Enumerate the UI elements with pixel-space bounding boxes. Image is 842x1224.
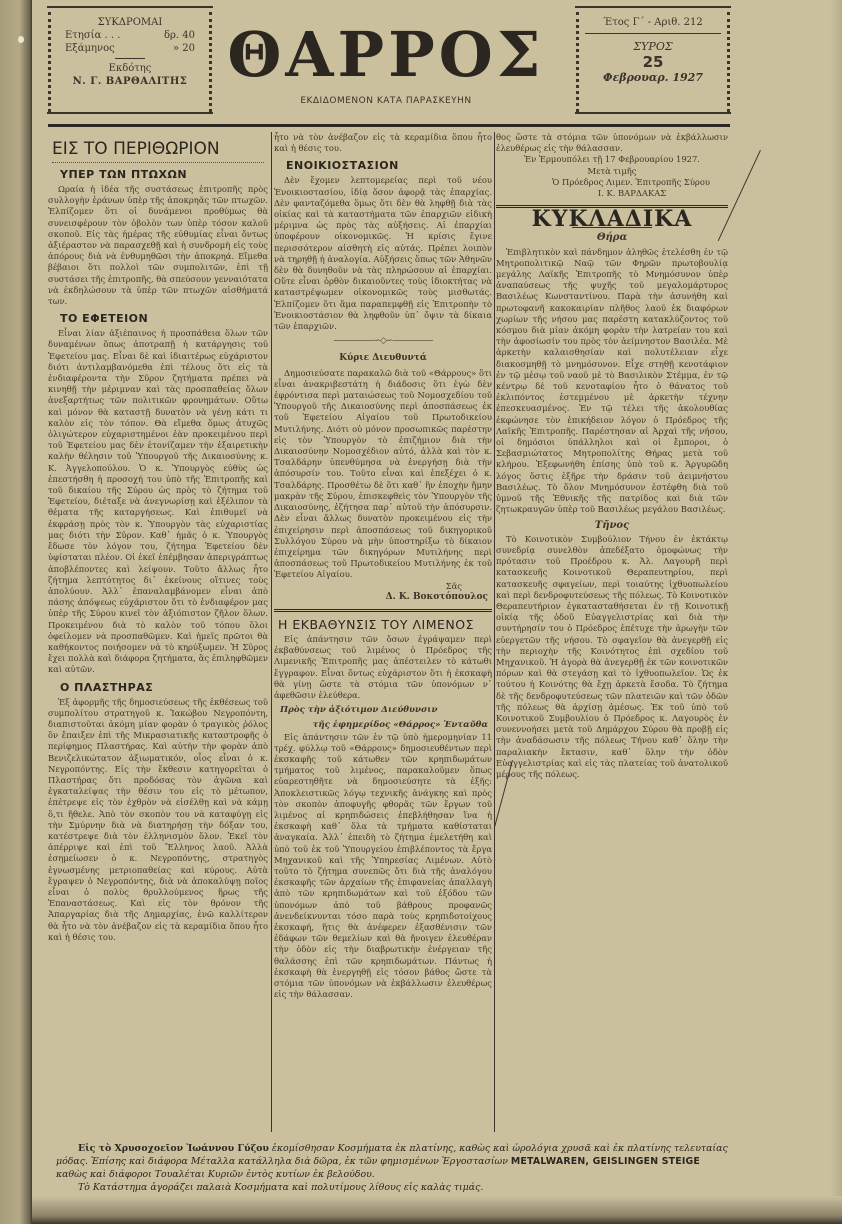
article-title: Η ΕΚΒΑΘΥΝΣΙΣ ΤΟΥ ΛΙΜΕΝΟΣ — [278, 618, 492, 632]
ad-text: καθὼς καὶ διάφοροι Τουαλέται Κυριῶν ἐντὸ… — [56, 1169, 375, 1180]
subscription-row: Ετησία . . . δρ. 40 — [57, 29, 203, 42]
section-heading: ΚΥΚΛΑΔΙΚΑ — [496, 214, 728, 225]
subscription-price: » 20 — [173, 42, 195, 55]
letter-regards: Μετὰ τιμῆς — [496, 166, 728, 177]
page-bottom-edge — [32, 1196, 842, 1224]
article-title: Ο ΠΛΑΣΤΗΡΑΣ — [60, 681, 268, 695]
ornament-divider: —————∽◇∽————— — [274, 336, 492, 347]
article-title: ΤΟ ΕΦΕΤΕΙΟΝ — [60, 312, 268, 326]
article-body: Ἐξ ἀφορμῆς τῆς δημοσιεύσεως τῆς ἐκθέσεως… — [48, 697, 268, 943]
subscription-box: ΣΥΚΔΡΟΜΑΙ Ετησία . . . δρ. 40 Εξάμηνος »… — [48, 12, 212, 112]
letter-address: Πρὸς τὴν ἀξιότιμον Διεύθυνσιν — [280, 705, 492, 716]
masthead-rule — [48, 124, 730, 127]
letter-signature: Δ. Κ. Βοκοτόπουλος — [274, 592, 492, 603]
paper-spot — [18, 36, 24, 43]
column-3: θος ὥστε τὰ στόμια τῶν ὑπονόμων νὰ ἐκβάλ… — [496, 132, 728, 1142]
article-body: Εἰς ἀπάντησιν τῶν ἐν τῷ ὑπὸ ἡμερομηνίαν … — [274, 732, 492, 1001]
article-body: Εἶναι λίαν ἀξιέπαινος ἡ προσπάθεια ὅλων … — [48, 328, 268, 675]
subscription-heading: ΣΥΚΔΡΟΜΑΙ — [57, 16, 203, 29]
signer-title: Ὁ Πρόεδρος Λιμεν. Ἐπιτροπῆς Σύρου — [496, 177, 728, 188]
advertisement: Εἰς τὸ Χρυσοχοεῖον Ἰωάννου Γύζου ἐκομίσθ… — [56, 1142, 728, 1194]
divider — [52, 162, 264, 163]
letter-dateline: Ἐν Ἑρμουπόλει τῇ 17 Φεβρουαρίου 1927. — [496, 154, 728, 165]
signer-name: Ι. Κ. ΒΑΡΔΑΚΑΣ — [496, 188, 728, 199]
article-body: Εἰς ἀπάντησιν τῶν ὅσων ἐγράψαμεν περὶ ἐκ… — [274, 634, 492, 701]
subscription-label: Εξάμηνος — [65, 42, 115, 55]
ad-shop-name: Εἰς τὸ Χρυσοχοεῖον Ἰωάννου Γύζου — [78, 1143, 269, 1154]
article-title: ΕΝΟΙΚΙΟΣΤΑΣΙΟΝ — [286, 159, 492, 173]
binding-gutter — [0, 0, 32, 1224]
column-1: ΕΙΣ ΤΟ ΠΕΡΙΘΩΡΙΟΝ ΥΠΕΡ ΤΩΝ ΠΤΩΧΩΝ Ωραία … — [48, 132, 268, 1142]
letter-closing: Σᾶς — [274, 581, 492, 592]
article-body: Τὸ Κοινοτικὸν Συμβούλιον Τήνου ἐν ἐκτάκτ… — [496, 534, 728, 780]
issue-day: 25 — [585, 53, 721, 71]
column-2: ἦτο νὰ τὸν ἀνέβαζον εἰς τὰ κεραμίδια ὅπο… — [274, 132, 492, 1142]
divider — [274, 609, 492, 612]
article-title: Τῆνος — [496, 520, 728, 531]
subscription-row: Εξάμηνος » 20 — [57, 42, 203, 55]
subscription-price: δρ. 40 — [164, 29, 195, 42]
letter-address: τῆς ἐφημερίδος «Θάρρος» Ἐνταῦθα — [280, 720, 488, 731]
publisher-label: Εκδότης — [57, 62, 203, 75]
issue-number: Έτος Γ΄ - Αριθ. 212 — [585, 16, 721, 34]
divider — [115, 58, 145, 59]
article-body: Ἐπιβλητικὸν καὶ πάνδημον ἀληθῶς ἐτελέσθη… — [496, 247, 728, 516]
article-continuation: ἦτο νὰ τὸν ἀνέβαζον εἰς τὰ κεραμίδια ὅπο… — [274, 132, 492, 154]
page-edge — [830, 0, 842, 1224]
column-divider — [271, 132, 272, 1132]
article-title: ΥΠΕΡ ΤΩΝ ΠΤΩΧΩΝ — [60, 168, 268, 182]
article-body: Δὲν ἔχομεν λεπτομερείας περὶ τοῦ νέου Ἐν… — [274, 175, 492, 332]
ad-text: Τὸ Κατάστημα ἀγοράζει παλαιὰ Κοσμήματα κ… — [56, 1181, 728, 1194]
ad-brand: METALWAREN, GEISLINGEN STEIGE — [511, 1156, 700, 1167]
issue-date: Φεβρουαρ. 1927 — [585, 71, 721, 84]
column-divider — [494, 132, 495, 1132]
article-continuation: θος ὥστε τὰ στόμια τῶν ὑπονόμων νὰ ἐκβάλ… — [496, 132, 728, 154]
section-heading: ΕΙΣ ΤΟ ΠΕΡΙΘΩΡΙΟΝ — [52, 138, 268, 160]
article-body: Ωραία ἡ ἰδέα τῆς συστάσεως ἐπιτροπῆς πρὸ… — [48, 184, 268, 307]
article-title: Θήρα — [496, 232, 728, 243]
publisher-name: Ν. Γ. ΒΑΡΘΑΛΙΤΗΣ — [57, 75, 203, 88]
issue-box: Έτος Γ΄ - Αριθ. 212 ΣΥΡΟΣ 25 Φεβρουαρ. 1… — [576, 12, 730, 112]
newspaper-title: ΘΑΡΡΟΣ — [196, 20, 576, 90]
letter-body: Δημοσιεύσατε παρακαλῶ διὰ τοῦ «Θάρρους» … — [274, 368, 492, 581]
issue-city: ΣΥΡΟΣ — [585, 40, 721, 53]
letter-salutation: Κύριε Διευθυντά — [274, 353, 492, 364]
newspaper-subtitle: ΕΚΔΙΔΟΜΕΝΟΝ ΚΑΤΑ ΠΑΡΑΣΚΕΥΗΝ — [196, 96, 576, 106]
subscription-label: Ετησία . . . — [65, 29, 120, 42]
